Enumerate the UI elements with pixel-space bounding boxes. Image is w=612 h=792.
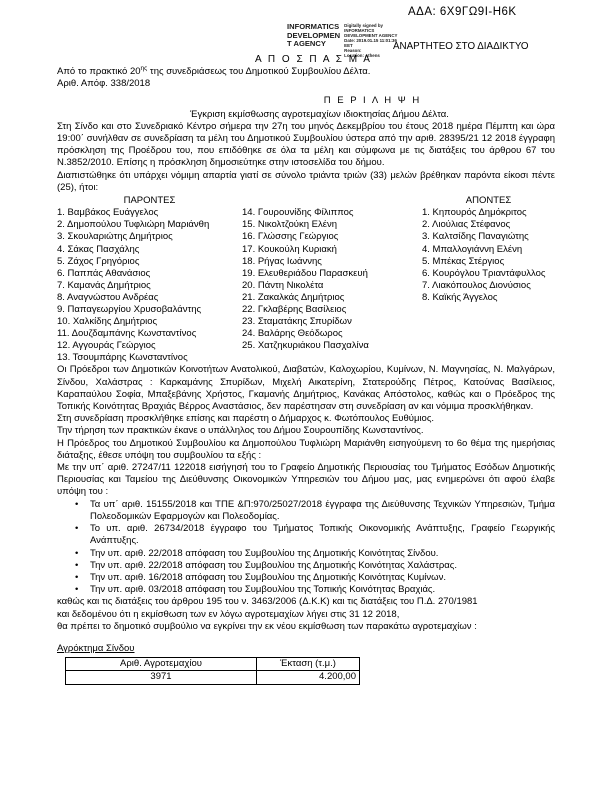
absent-member: 3. Καλτσίδης Παναγιώτης bbox=[422, 231, 555, 243]
absent-member: 1. Κηπουρός Δημόκριτος bbox=[422, 207, 555, 219]
consideration-item: Την υπ. αριθ. 16/2018 απόφαση του Συμβου… bbox=[57, 572, 555, 584]
consideration-item: Την υπ. αριθ. 22/2018 απόφαση του Συμβου… bbox=[57, 548, 555, 560]
present-member: 16. Γλώσσης Γεώργιος bbox=[242, 231, 422, 243]
paragraph-quorum: Διαπιστώθηκε ότι υπάρχει νόμιμη απαρτία … bbox=[57, 170, 555, 194]
present-member: 7. Καμανάς Δημήτριος bbox=[57, 280, 242, 292]
present-member: 22. Γκλαβέρης Βασίλειος bbox=[242, 304, 422, 316]
present-member: 10. Χαλκίδης Δημήτριος bbox=[57, 316, 242, 328]
consideration-item: Το υπ. αριθ. 26734/2018 έγγραφο του Τμήμ… bbox=[57, 523, 555, 547]
considerations-list: Τα υπ΄ αριθ. 15155/2018 και ΤΠΕ &Π:970/2… bbox=[57, 499, 555, 597]
summary-title: Π Ε Ρ Ι Λ Η Ψ Η bbox=[190, 95, 555, 107]
present-member: 8. Αναγνώστου Ανδρέας bbox=[57, 292, 242, 304]
consideration-item: Τα υπ΄ αριθ. 15155/2018 και ΤΠΕ &Π:970/2… bbox=[57, 499, 555, 523]
absent-member: 4. Μπαλλογιάννη Ελένη bbox=[422, 244, 555, 256]
attendance-spacer bbox=[242, 195, 422, 207]
consideration-item: Την υπ. αριθ. 22/2018 απόφαση του Συμβου… bbox=[57, 560, 555, 572]
table-header-row: Αριθ. Αγροτεμαχίου Έκταση (τ.μ.) bbox=[66, 658, 360, 671]
absent-member: 8. Καϊκής Άγγελος bbox=[422, 292, 555, 304]
present-member: 21. Ζακαλκάς Δημήτριος bbox=[242, 292, 422, 304]
absent-member: 5. Μπέκας Στέργιος bbox=[422, 256, 555, 268]
paragraph-mayor-present: Στη συνεδρίαση προσκλήθηκε επίσης και πα… bbox=[57, 413, 555, 425]
paragraph-minutes-keeper: Την τήρηση των πρακτικών έκανε ο υπάλληλ… bbox=[57, 425, 555, 437]
absent-list: 1. Κηπουρός Δημόκριτος2. Λιούλιας Στέφαν… bbox=[422, 207, 555, 364]
present-member: 11. Δουζδαμπάνης Κωνσταντίνος bbox=[57, 328, 242, 340]
table-row: 39714.200,00 bbox=[66, 671, 360, 684]
paragraph-legal-basis: καθώς και τις διατάξεις του άρθρου 195 τ… bbox=[57, 596, 555, 608]
summary-block: Π Ε Ρ Ι Λ Η Ψ Η Έγκριση εκμίσθωσης αγροτ… bbox=[190, 95, 555, 120]
present-member: 1. Βαμβάκος Ευάγγελος bbox=[57, 207, 242, 219]
absent-member: 6. Κουρόγλου Τριαντάφυλλος bbox=[422, 268, 555, 280]
paragraph-lease-expiry: και δεδομένου ότι η εκμίσθωση των εν λόγ… bbox=[57, 609, 555, 621]
parcel-table: Αριθ. Αγροτεμαχίου Έκταση (τ.μ.) 39714.2… bbox=[65, 657, 360, 684]
present-header: ΠΑΡΟΝΤΕΣ bbox=[57, 195, 242, 207]
paragraph-chair-intro: Η Πρόεδρος του Δημοτικού Συμβουλίου κα Δ… bbox=[57, 438, 555, 462]
present-list-col1: 1. Βαμβάκος Ευάγγελος2. Δημοπούλου Τυφλι… bbox=[57, 207, 242, 364]
apospasma-title: Α Π Ο Σ Π Α Σ Μ Α bbox=[255, 54, 372, 65]
table-cell: 4.200,00 bbox=[257, 671, 360, 684]
present-member: 2. Δημοπούλου Τυφλιώρη Μαριάνθη bbox=[57, 219, 242, 231]
absent-member: 7. Λιακόπουλος Διονύσιος bbox=[422, 280, 555, 292]
ada-code: ΑΔΑ: 6Χ9ΓΩ9Ι-Η6Κ bbox=[408, 6, 517, 18]
document-page: ΑΔΑ: 6Χ9ΓΩ9Ι-Η6Κ INFORMATICS DEVELOPMEN … bbox=[0, 0, 612, 792]
present-member: 15. Νικολτζούκη Ελένη bbox=[242, 219, 422, 231]
table-cell: 3971 bbox=[66, 671, 257, 684]
document-body: Από το πρακτικό 20ης της συνεδριάσεως το… bbox=[57, 66, 555, 685]
present-member: 3. Σκουλαριώτης Δημήτριος bbox=[57, 231, 242, 243]
present-member: 19. Ελευθεριάδου Παρασκευή bbox=[242, 268, 422, 280]
farm-caption: Αγρόκτημα Σίνδου bbox=[57, 643, 135, 655]
present-member: 5. Ζάχος Γρηγόριος bbox=[57, 256, 242, 268]
farm-section: Αγρόκτημα Σίνδου Αριθ. Αγροτεμαχίου Έκτα… bbox=[57, 633, 555, 685]
anartiteo-label: ΑΝΑΡΤΗΤΕΟ ΣΤΟ ΔΙΑΔΙΚΤΥΟ bbox=[393, 41, 528, 52]
present-member: 13. Τσουμπάρης Κωνσταντίνος bbox=[57, 352, 242, 364]
col-header-area: Έκταση (τ.μ.) bbox=[257, 658, 360, 671]
parcel-table-body: 39714.200,00 bbox=[66, 671, 360, 684]
signature-agency-text: INFORMATICS DEVELOPMEN T AGENCY bbox=[287, 23, 340, 58]
absent-header: ΑΠΟΝΤΕΣ bbox=[422, 195, 555, 207]
attendance-section: ΠΑΡΟΝΤΕΣ ΑΠΟΝΤΕΣ 1. Βαμβάκος Ευάγγελος2.… bbox=[57, 195, 555, 364]
present-member: 6. Παππάς Αθανάσιος bbox=[57, 268, 242, 280]
present-member: 14. Γουρουνίδης Φίλιππος bbox=[242, 207, 422, 219]
absent-member: 2. Λιούλιας Στέφανος bbox=[422, 219, 555, 231]
digital-signature-stamp: INFORMATICS DEVELOPMEN T AGENCY Digitall… bbox=[287, 23, 406, 58]
consideration-item: Την υπ. αριθ. 03/2018 απόφαση του Συμβου… bbox=[57, 584, 555, 596]
present-member: 23. Σταματάκης Σπυρίδων bbox=[242, 316, 422, 328]
summary-text: Έγκριση εκμίσθωσης αγροτεμαχίων ιδιοκτησ… bbox=[190, 109, 555, 121]
paragraph-presidents-absent: Οι Πρόεδροι των Δημοτικών Κοινοτήτων Ανα… bbox=[57, 364, 555, 413]
present-list-col2: 14. Γουρουνίδης Φίλιππος15. Νικολτζούκη … bbox=[242, 207, 422, 364]
decision-number: Αριθ. Απόφ. 338/2018 bbox=[57, 78, 555, 90]
col-header-parcel-number: Αριθ. Αγροτεμαχίου bbox=[66, 658, 257, 671]
present-member: 24. Βαλάρης Θεόδωρος bbox=[242, 328, 422, 340]
present-member: 20. Πάντη Νικολέτα bbox=[242, 280, 422, 292]
intro-line: Από το πρακτικό 20ης της συνεδριάσεως το… bbox=[57, 66, 555, 78]
present-member: 25. Χατζηκυριάκου Πασχαλίνα bbox=[242, 340, 422, 352]
paragraph-session-info: Στη Σίνδο και στο Συνεδριακό Κέντρο σήμε… bbox=[57, 121, 555, 170]
present-member: 9. Παπαγεωργίου Χρυσοβαλάντης bbox=[57, 304, 242, 316]
present-member: 18. Ρήγας Ιωάννης bbox=[242, 256, 422, 268]
paragraph-approval-needed: θα πρέπει το δημοτικό συμβούλιο να εγκρί… bbox=[57, 621, 555, 633]
paragraph-recommendation: Με την υπ΄ αριθ. 27247/11 122018 εισήγησ… bbox=[57, 462, 555, 499]
present-member: 17. Κουκούλη Κυριακή bbox=[242, 244, 422, 256]
present-member: 12. Αγγουράς Γεώργιος bbox=[57, 340, 242, 352]
present-member: 4. Σάκας Πασχάλης bbox=[57, 244, 242, 256]
